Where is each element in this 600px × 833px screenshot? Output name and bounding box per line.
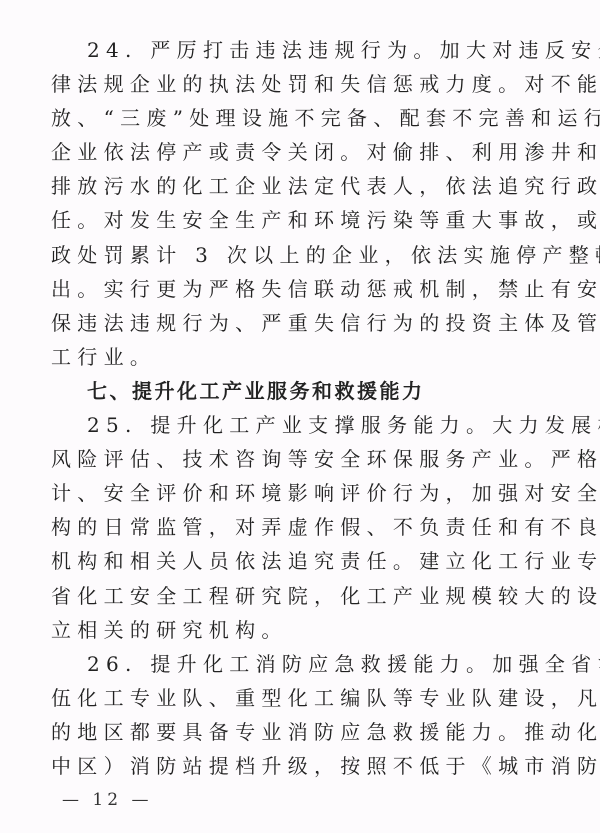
paragraph-24-line: 企业依法停产或责令关闭。对偷排、利用渗井和渗坑等方式 [51,135,561,169]
paragraph-25-line: 风险评估、技术咨询等安全环保服务产业。严格规范工程设 [51,442,561,476]
paragraph-26-line: 26. 提升化工消防应急救援能力。加强全省消防救援队 [51,647,561,681]
paragraph-25-line: 机构和相关人员依法追究责任。建立化工行业专家库，设立 [51,544,561,578]
paragraph-25-line: 省化工安全工程研究院，化工产业规模较大的设区市也应设 [51,579,561,613]
paragraph-25-line: 构的日常监管，对弄虚作假、不负责任和有不良记录的评价 [51,510,561,544]
paragraph-24-line: 放、“三废”处理设施不完备、配套不完善和运行不正常的 [51,101,561,135]
paragraph-24-line: 保违法违规行为、严重失信行为的投资主体及管理者进入化 [51,306,561,340]
paragraph-24-line: 政处罚累计 3 次以上的企业，依法实施停产整顿或关闭退 [51,238,561,272]
paragraph-24-line: 排放污水的化工企业法定代表人，依法追究行政或刑事责 [51,169,561,203]
paragraph-24-line: 24. 严厉打击违法违规行为。加大对违反安全、环保法 [51,33,561,67]
paragraph-24-line: 任。对发生安全生产和环境污染等重大事故，或受到重大行 [51,203,561,237]
paragraph-26-line: 中区）消防站提档升级，按照不低于《城市消防站建设标 [51,749,561,783]
paragraph-24-line: 律法规企业的执法处罚和失信惩戒力度。对不能稳定达标排 [51,67,561,101]
paragraph-26-line: 的地区都要具备专业消防应急救援能力。推动化工园区（集 [51,715,561,749]
section-heading: 七、提升化工产业服务和救援能力 [51,374,561,408]
paragraph-25-line: 立相关的研究机构。 [51,613,561,647]
paragraph-25-line: 25. 提升化工产业支撑服务能力。大力发展检测检验、 [51,408,561,442]
paragraph-24-line: 出。实行更为严格失信联动惩戒机制，禁止有安全生产和环 [51,272,561,306]
paragraph-24-line: 工行业。 [51,340,561,374]
document-body: 24. 严厉打击违法违规行为。加大对违反安全、环保法 律法规企业的执法处罚和失信… [51,33,561,783]
document-page: 24. 严厉打击违法违规行为。加大对违反安全、环保法 律法规企业的执法处罚和失信… [0,0,600,833]
paragraph-26-line: 伍化工专业队、重型化工编队等专业队建设，凡有化工企业 [51,681,561,715]
paragraph-25-line: 计、安全评价和环境影响评价行为，加强对安全环保评价机 [51,476,561,510]
page-number: — 12 — [62,790,152,810]
